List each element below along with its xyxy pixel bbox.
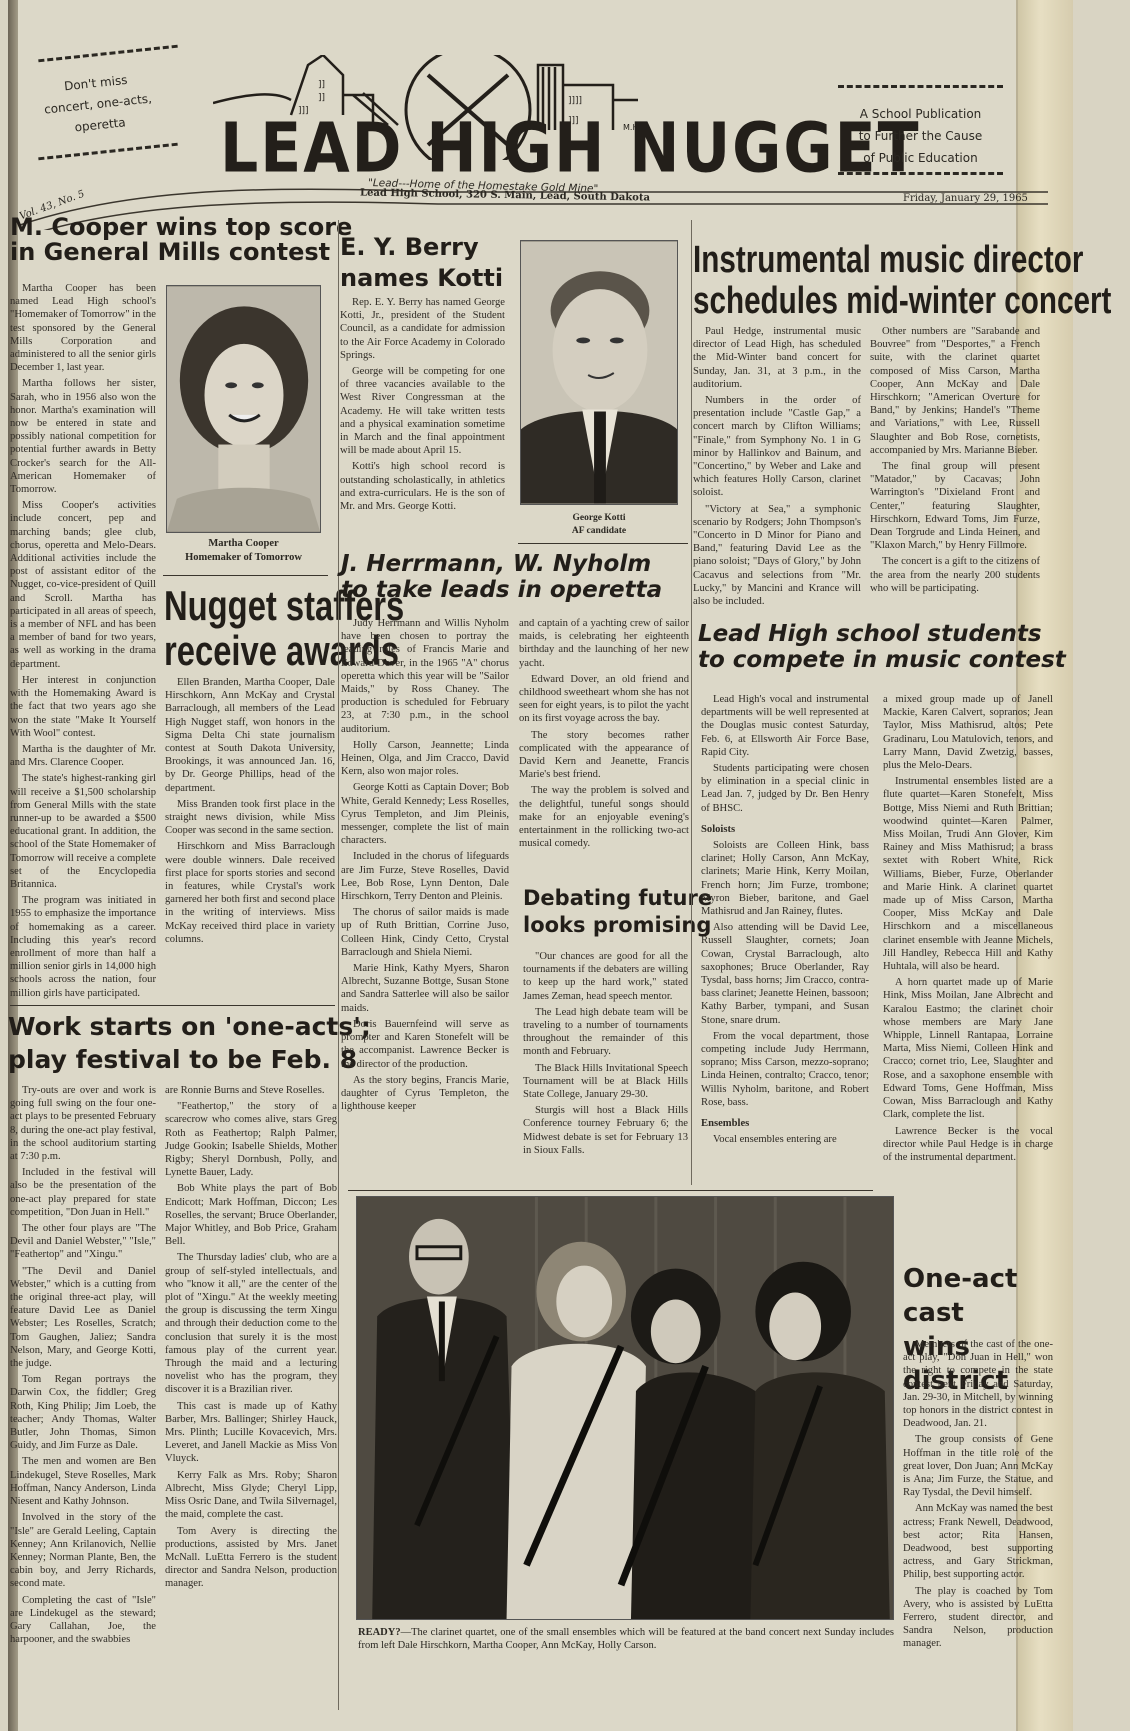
svg-text:]]]]: ]]]] xyxy=(568,96,582,106)
district-body: Members of the cast of the one-act play,… xyxy=(903,1338,1053,1654)
divider xyxy=(348,1190,873,1191)
paragraph: Sturgis will host a Black Hills Conferen… xyxy=(523,1104,688,1157)
paragraph: Soloists are Colleen Hink, bass clarinet… xyxy=(701,839,869,918)
paragraph: Martha is the daughter of Mr. and Mrs. C… xyxy=(10,743,156,769)
paragraph: Instrumental ensembles listed are a flut… xyxy=(883,775,1053,973)
subhead-soloists: Soloists xyxy=(701,823,869,836)
ear-right-line: of Public Education xyxy=(838,147,1003,169)
staffers-body: Ellen Branden, Martha Cooper, Dale Hirsc… xyxy=(165,676,335,949)
paragraph: The chorus of sailor maids is made up of… xyxy=(341,906,509,959)
svg-text:]]: ]] xyxy=(318,93,325,103)
one-acts-body-right: are Ronnie Burns and Steve Roselles. "Fe… xyxy=(165,1084,337,1594)
kotti-photo-caption: George Kotti AF candidate xyxy=(520,512,678,538)
headline-line: to take leads in operetta xyxy=(341,578,662,604)
caption-text: —The clarinet quartet, one of the small … xyxy=(358,1627,894,1651)
paragraph: Members of the cast of the one-act play,… xyxy=(903,1338,1053,1430)
paragraph: This cast is made up of Kathy Barber, Mr… xyxy=(165,1400,337,1466)
paragraph: Ellen Branden, Martha Cooper, Dale Hirsc… xyxy=(165,676,335,795)
issue-date: Friday, January 29, 1965 xyxy=(903,193,1028,204)
newspaper-page: Don't miss concert, one-acts, operetta ]… xyxy=(8,0,1073,1731)
paragraph: The Thursday ladies' club, who are a gro… xyxy=(165,1251,337,1396)
caption-lead: READY? xyxy=(358,1627,401,1638)
concert-body-left: Paul Hedge, instrumental music director … xyxy=(693,325,861,611)
paragraph: Marie Hink, Kathy Myers, Sharon Albrecht… xyxy=(341,962,509,1015)
column-rule xyxy=(338,220,339,1710)
paragraph: The concert is a gift to the citizens of… xyxy=(870,555,1040,595)
paragraph: The Black Hills Invitational Speech Tour… xyxy=(523,1062,688,1102)
paragraph: The men and women are Ben Lindekugel, St… xyxy=(10,1455,156,1508)
george-kotti-photo xyxy=(520,240,678,505)
paragraph: Vocal ensembles entering are xyxy=(701,1133,869,1146)
paragraph: Tom Regan portrays the Darwin Cox, the f… xyxy=(10,1373,156,1452)
headline-line: J. Herrmann, W. Nyholm xyxy=(341,552,662,578)
ear-right: A School Publication to Further the Caus… xyxy=(838,103,1003,169)
music-contest-body-right: a mixed group made up of Janell Mackie, … xyxy=(883,693,1053,1167)
divider xyxy=(10,1005,335,1006)
paragraph: Rep. E. Y. Berry has named George Kotti,… xyxy=(340,296,505,362)
headline-line: Lead High school students xyxy=(698,622,1066,648)
paragraph: Martha follows her sister, Sarah, who in… xyxy=(10,377,156,496)
group-photo-icon xyxy=(357,1197,893,1619)
paragraph: The state's highest-ranking girl will re… xyxy=(10,772,156,891)
paragraph: a mixed group made up of Janell Mackie, … xyxy=(883,693,1053,772)
paragraph: George Kotti as Captain Dover; Bob White… xyxy=(341,781,509,847)
quartet-photo-caption: READY?—The clarinet quartet, one of the … xyxy=(358,1626,894,1652)
column-rule xyxy=(691,220,692,1185)
headline-line: M. Cooper wins top score xyxy=(10,215,352,240)
paragraph: "Victory at Sea," a symphonic scenario b… xyxy=(693,503,861,609)
paragraph: Miss Cooper's activities include concert… xyxy=(10,499,156,671)
paragraph: Edward Dover, an old friend and childhoo… xyxy=(519,673,689,726)
headline-line: Instrumental music director xyxy=(693,240,1111,281)
debating-headline: Debating future looks promising xyxy=(523,885,712,939)
paragraph: Kotti's high school record is outstandin… xyxy=(340,460,505,513)
masthead-title: LEAD HIGH NUGGET xyxy=(220,108,921,189)
one-acts-headline: Work starts on 'one-acts'; play festival… xyxy=(8,1010,371,1076)
ear-right-line: A School Publication xyxy=(838,103,1003,125)
ear-left: Don't miss concert, one-acts, operetta xyxy=(35,67,161,142)
paragraph: Ann McKay was named the best actress; Fr… xyxy=(903,1502,1053,1581)
paragraph: Bob White plays the part of Bob Endicott… xyxy=(165,1182,337,1248)
paragraph: Try-outs are over and work is going full… xyxy=(10,1084,156,1163)
cooper-body: Martha Cooper has been named Lead High s… xyxy=(10,282,156,1022)
headline-line: E. Y. Berry xyxy=(340,232,503,263)
paragraph: As the story begins, Francis Marie, daug… xyxy=(341,1074,509,1114)
headline-line: in General Mills contest xyxy=(10,240,352,265)
svg-text:]]: ]] xyxy=(318,80,325,90)
caption-line: Homemaker of Tomorrow xyxy=(166,551,321,565)
paragraph: Included in the chorus of lifeguards are… xyxy=(341,850,509,903)
martha-cooper-photo xyxy=(166,285,321,533)
caption-line: Martha Cooper xyxy=(166,537,321,551)
paragraph: Lead High's vocal and instrumental depar… xyxy=(701,693,869,759)
concert-body-right: Other numbers are "Sarabande and Bouvree… xyxy=(870,325,1040,598)
paragraph: "The Devil and Daniel Webster," which is… xyxy=(10,1265,156,1371)
portrait-icon xyxy=(521,241,677,504)
berry-headline: E. Y. Berry names Kotti xyxy=(340,232,503,294)
paragraph: are Ronnie Burns and Steve Roselles. xyxy=(165,1084,337,1097)
paragraph: "Our chances are good for all the tourna… xyxy=(523,950,688,1003)
paragraph: Lawrence Becker is the vocal director wh… xyxy=(883,1125,1053,1165)
headline-line: Work starts on 'one-acts'; xyxy=(8,1010,371,1043)
ear-right-line: to Further the Cause xyxy=(838,125,1003,147)
one-acts-body-left: Try-outs are over and work is going full… xyxy=(10,1084,156,1684)
paragraph: Miss Branden took first place in the str… xyxy=(165,798,335,838)
paragraph: The final group will present "Matador," … xyxy=(870,460,1040,552)
paragraph: From the vocal department, those competi… xyxy=(701,1030,869,1109)
paragraph: Also attending will be David Lee, Russel… xyxy=(701,921,869,1027)
divider xyxy=(518,543,688,544)
divider xyxy=(163,575,328,576)
caption-line: George Kotti xyxy=(520,512,678,525)
headline-line: to compete in music contest xyxy=(698,648,1066,674)
paragraph: Completing the cast of "Isle" are Lindek… xyxy=(10,1594,156,1647)
ear-left-bottom-dash xyxy=(38,143,178,161)
clarinet-quartet-photo xyxy=(356,1196,894,1620)
paragraph: The other four plays are "The Devil and … xyxy=(10,1222,156,1262)
paragraph: The play is coached by Tom Avery, who is… xyxy=(903,1585,1053,1651)
debating-body: "Our chances are good for all the tourna… xyxy=(523,950,688,1160)
paragraph: Martha Cooper has been named Lead High s… xyxy=(10,282,156,374)
headline-line: play festival to be Feb. 8 xyxy=(8,1043,371,1076)
paragraph: "Feathertop," the story of a scarecrow w… xyxy=(165,1100,337,1179)
headline-line: One-act cast xyxy=(903,1262,1073,1330)
music-contest-body-left: Lead High's vocal and instrumental depar… xyxy=(701,693,869,1150)
paragraph: Involved in the story of the "Isle" are … xyxy=(10,1511,156,1590)
paragraph: Tom Avery is directing the productions, … xyxy=(165,1525,337,1591)
subhead-ensembles: Ensembles xyxy=(701,1117,869,1130)
paragraph: Kerry Falk as Mrs. Roby; Sharon Albrecht… xyxy=(165,1469,337,1522)
paragraph: A horn quartet made up of Marie Hink, Mi… xyxy=(883,976,1053,1121)
caption-line: AF candidate xyxy=(520,525,678,538)
music-contest-headline: Lead High school students to compete in … xyxy=(698,622,1066,674)
headline-line: Debating future xyxy=(523,885,712,912)
operetta-headline: J. Herrmann, W. Nyholm to take leads in … xyxy=(341,552,662,604)
cooper-headline: M. Cooper wins top score in General Mill… xyxy=(10,215,352,265)
ear-left-top-dash xyxy=(38,45,178,63)
paragraph: The way the problem is solved and the de… xyxy=(519,784,689,850)
paragraph: Judy Herrmann and Willis Nyholm have bee… xyxy=(341,617,509,736)
concert-headline: Instrumental music director schedules mi… xyxy=(693,240,1111,322)
paragraph: The story becomes rather complicated wit… xyxy=(519,729,689,782)
paragraph: Doris Bauernfeind will serve as prompter… xyxy=(341,1018,509,1071)
ear-right-top-dash xyxy=(838,85,1003,88)
paragraph: Other numbers are "Sarabande and Bouvree… xyxy=(870,325,1040,457)
paragraph: The program was initiated in 1955 to emp… xyxy=(10,894,156,1000)
berry-body: Rep. E. Y. Berry has named George Kotti,… xyxy=(340,296,505,516)
ear-right-bottom-dash xyxy=(838,172,1003,175)
paragraph: Hirschkorn and Miss Barraclough were dou… xyxy=(165,840,335,946)
paragraph: The group consists of Gene Hoffman in th… xyxy=(903,1433,1053,1499)
paragraph: Students participating were chosen by el… xyxy=(701,762,869,815)
paragraph: Numbers in the order of presentation inc… xyxy=(693,394,861,500)
paragraph: The Lead high debate team will be travel… xyxy=(523,1006,688,1059)
cooper-photo-caption: Martha Cooper Homemaker of Tomorrow xyxy=(166,537,321,565)
paragraph: and captain of a yachting crew of sailor… xyxy=(519,617,689,670)
operetta-body-right: and captain of a yachting crew of sailor… xyxy=(519,617,689,853)
paragraph: Her interest in conjunction with the Hom… xyxy=(10,674,156,740)
operetta-body-left: Judy Herrmann and Willis Nyholm have bee… xyxy=(341,617,509,1116)
headline-line: schedules mid-winter concert xyxy=(693,281,1111,322)
headline-line: looks promising xyxy=(523,912,712,939)
paragraph: Paul Hedge, instrumental music director … xyxy=(693,325,861,391)
paragraph: George will be competing for one of thre… xyxy=(340,365,505,457)
portrait-icon xyxy=(167,286,320,532)
paragraph: Included in the festival will also be th… xyxy=(10,1166,156,1219)
paragraph: Holly Carson, Jeannette; Linda Heinen, O… xyxy=(341,739,509,779)
headline-line: names Kotti xyxy=(340,263,503,294)
